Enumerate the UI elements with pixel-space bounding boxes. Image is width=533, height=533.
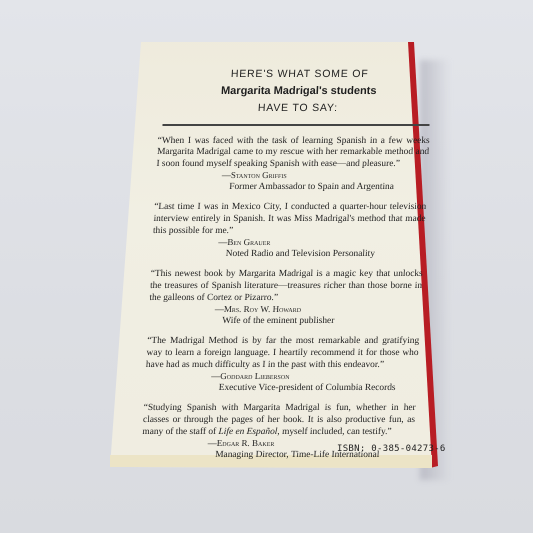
isbn-number: ISBN: 0-385-04273-6 bbox=[337, 444, 446, 454]
testimonial-author: —Ben Grauer bbox=[108, 237, 409, 249]
testimonial-title: Noted Radio and Television Personality bbox=[107, 249, 408, 261]
testimonial-author: —Stanton Griffis bbox=[112, 170, 413, 182]
testimonial-quote: “The Madrigal Method is by far the most … bbox=[146, 336, 420, 371]
divider-rule bbox=[162, 124, 429, 126]
quote-text-after: , myself included, can testify.” bbox=[277, 427, 392, 437]
heading-line-2: Margarita Madrigal's students bbox=[161, 85, 437, 97]
testimonial: “When I was faced with the task of learn… bbox=[111, 136, 414, 194]
testimonial: “This newest book by Margarita Madrigal … bbox=[104, 269, 407, 327]
heading-line-1: HERE'S WHAT SOME OF bbox=[162, 68, 438, 80]
testimonial-quote: “Studying Spanish with Margarita Madriga… bbox=[142, 403, 416, 438]
magazine-name: Life en Español bbox=[218, 427, 277, 437]
testimonial-quote: “This newest book by Margarita Madrigal … bbox=[149, 269, 423, 304]
testimonial-author: —Mrs. Roy W. Howard bbox=[104, 304, 405, 316]
testimonial: “The Madrigal Method is by far the most … bbox=[100, 336, 403, 394]
heading-line-3: HAVE TO SAY: bbox=[160, 102, 436, 114]
book: HERE'S WHAT SOME OF Margarita Madrigal's… bbox=[0, 0, 533, 533]
testimonial-title: Former Ambassador to Spain and Argentina bbox=[111, 182, 412, 194]
testimonial-quote: “When I was faced with the task of learn… bbox=[156, 136, 430, 171]
testimonial-title: Wife of the eminent publisher bbox=[104, 316, 405, 328]
testimonial: “Last time I was in Mexico City, I condu… bbox=[107, 202, 410, 260]
back-cover-text: HERE'S WHAT SOME OF Margarita Madrigal's… bbox=[96, 58, 418, 470]
testimonial-author: —Goddard Lieberson bbox=[101, 371, 402, 383]
testimonial-quote: “Last time I was in Mexico City, I condu… bbox=[153, 202, 427, 237]
testimonial-title: Executive Vice-president of Columbia Rec… bbox=[100, 383, 401, 395]
